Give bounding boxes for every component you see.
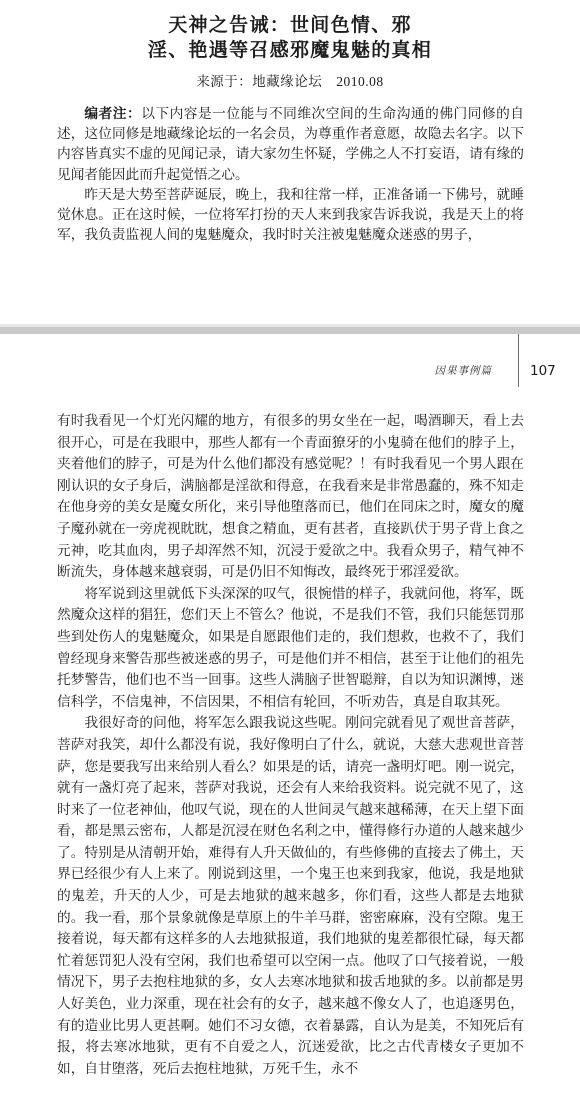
editor-note-paragraph: 编者注：以下内容是一位能与不同维次空间的生命沟通的佛门同修的自述，这位同修是地藏… — [57, 104, 524, 185]
running-head-section-label: 因果事例篇 — [435, 364, 493, 379]
source-line: 来源于：地藏缘论坛 2010.08 — [0, 73, 580, 91]
editor-note-label: 编者注： — [84, 106, 141, 121]
body-paragraph-2: 将军说到这里就低下头深深的叹气，很惋惜的样子，我就问他，将军，既然魔众这样的猖狂… — [57, 583, 524, 713]
opening-paragraph: 昨天是大势至菩萨诞辰，晚上，我和往常一样，正准备诵一下佛号，就睡觉休息。正在这时… — [57, 185, 524, 246]
page2-text-column: 有时我看见一个灯光闪耀的地方，有很多的男女坐在一起，喝酒聊天，看上去很开心，可是… — [57, 410, 524, 1079]
page1-text-column: 编者注：以下内容是一位能与不同维次空间的生命沟通的佛门同修的自述，这位同修是地藏… — [57, 104, 524, 245]
document-title: 天神之告诫：世间色情、邪 淫、艳遇等召感邪魔鬼魅的真相 — [0, 13, 580, 63]
continuation-paragraph: 有时我看见一个灯光闪耀的地方，有很多的男女坐在一起，喝酒聊天，看上去很开心，可是… — [57, 410, 524, 583]
document-title-line-2: 淫、艳遇等召感邪魔鬼魅的真相 — [0, 38, 580, 63]
document-title-line-1: 天神之告诫：世间色情、邪 — [0, 13, 580, 38]
scanned-document-page: 天神之告诫：世间色情、邪 淫、艳遇等召感邪魔鬼魅的真相 来源于：地藏缘论坛 20… — [0, 0, 580, 1116]
running-head-vertical-rule — [518, 334, 519, 387]
body-paragraph-3: 我很好奇的问他，将军怎么跟我说这些呢。刚问完就看见了观世音菩萨，菩萨对我笑，却什… — [57, 712, 524, 1079]
page-number: 107 — [530, 362, 556, 380]
page-break-divider — [0, 324, 580, 334]
